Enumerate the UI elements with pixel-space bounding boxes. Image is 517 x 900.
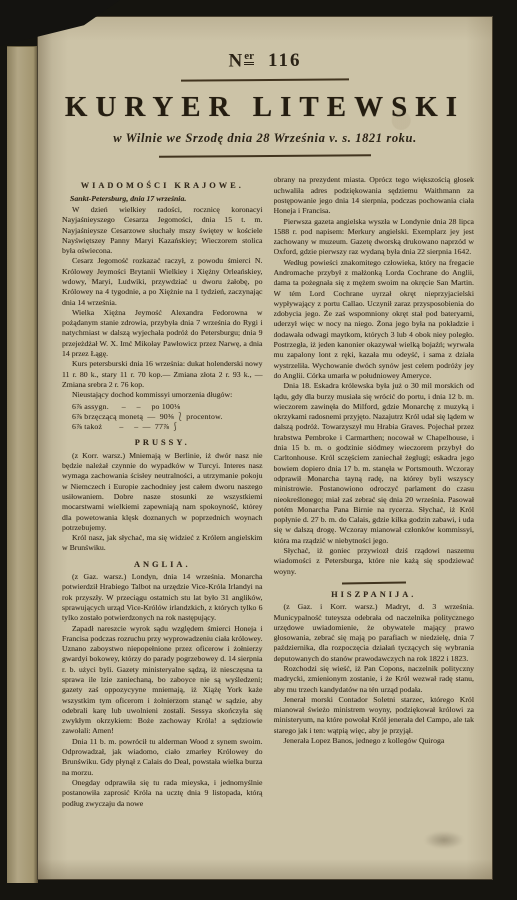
news-paragraph: Zapadł nareszcie wyrok sądu względem śmi… — [62, 624, 263, 737]
section-heading: HISZPANIJA. — [274, 590, 475, 600]
news-paragraph: Król nasz, jak słychać, ma się widzieć z… — [62, 533, 263, 554]
section-divider — [342, 581, 406, 584]
issue-label: N — [229, 50, 245, 71]
issue-number-line: Ner116 — [38, 50, 492, 72]
news-paragraph: W dzień wielkiey radości, rocznicę koron… — [62, 205, 263, 256]
newspaper-title: KURYER LITEWSKI — [38, 91, 492, 124]
news-paragraph: Cesarz Jegomość rozkazać raczył, z powod… — [62, 256, 263, 307]
section-heading: WIADOMOŚCI KRAJOWE. — [62, 181, 263, 191]
masthead-dateline: w Wilnie we Srzodę dnia 28 Września v. s… — [38, 131, 492, 146]
section-heading: PRUSSY. — [62, 438, 263, 448]
exchange-rate-table: 6⅞ assygn. – – po 100⅛6⅞ brzęczącą monet… — [62, 402, 263, 433]
left-column: WIADOMOŚCI KRAJOWE.Sankt-Petersburg, dni… — [62, 175, 263, 823]
section-heading: ANGLIA. — [62, 560, 263, 570]
news-paragraph: Słychać, iż goniec przywiozł dziś rządow… — [274, 546, 475, 577]
newspaper-sheet: Ner116 KURYER LITEWSKI w Wilnie we Srzod… — [38, 17, 492, 879]
adjacent-page-edge — [7, 46, 38, 883]
masthead-rule-top — [181, 79, 349, 82]
exchange-rate-line: 6⅞ brzęczącą monetą — 90⅜ ⎱ procentow. — [72, 412, 263, 422]
ink-smudge — [424, 831, 464, 849]
news-paragraph: obrany na prezydent miasta. Oprócz tego … — [274, 175, 475, 216]
news-paragraph: Jenerała Lopez Banos, jednego z kollegów… — [274, 736, 475, 746]
news-paragraph: Wielka Xiężna Jeymość Alexandra Fedorown… — [62, 308, 263, 359]
news-paragraph: Nieustający dochod kommissyi umorzenia d… — [62, 390, 263, 400]
article-dateline: Sankt-Petersburg, dnia 17 września. — [62, 194, 263, 204]
news-paragraph: Onegday odprawiła się tu rada mieyska, i… — [62, 778, 263, 809]
news-paragraph: Rozchodzi się wieść, iż Pan Copons, nacz… — [274, 664, 475, 695]
issue-label-superscript: er — [244, 50, 254, 65]
right-column: obrany na prezydent miasta. Oprócz tego … — [274, 175, 475, 823]
scanned-newspaper-page: { "masthead": { "issue_label": "N", "iss… — [0, 0, 517, 900]
news-paragraph: Dnia 11 b. m. powrócił tu alderman Wood … — [62, 737, 263, 778]
exchange-rate-line: 6⅞ takoż – – — 77⅞ ⎰ — [72, 422, 263, 432]
news-paragraph: (z Korr. warsz.) Mniemają w Berlinie, iż… — [62, 451, 263, 533]
issue-number: 116 — [268, 50, 301, 71]
masthead: Ner116 KURYER LITEWSKI w Wilnie we Srzod… — [38, 17, 492, 157]
news-paragraph: Kurs petersburski dnia 16 września: duka… — [62, 359, 263, 390]
news-paragraph: (z Gaz. warsz.) Londyn, dnia 14 września… — [62, 572, 263, 623]
exchange-rate-line: 6⅞ assygn. – – po 100⅛ — [72, 402, 263, 412]
article-columns: WIADOMOŚCI KRAJOWE.Sankt-Petersburg, dni… — [38, 157, 492, 823]
news-paragraph: Pierwsza gazeta angielska wyszła w Londy… — [274, 217, 475, 258]
news-paragraph: (z Gaz. i Korr. warsz.) Madryt, d. 3 wrz… — [274, 602, 475, 664]
news-paragraph: Jenerał morski Contador Soletni starzec,… — [274, 695, 475, 736]
news-paragraph: Dnia 18. Eskadra królewska była już o 30… — [274, 381, 475, 546]
news-paragraph: Według powieści znakomitego człowieka, k… — [274, 258, 475, 382]
